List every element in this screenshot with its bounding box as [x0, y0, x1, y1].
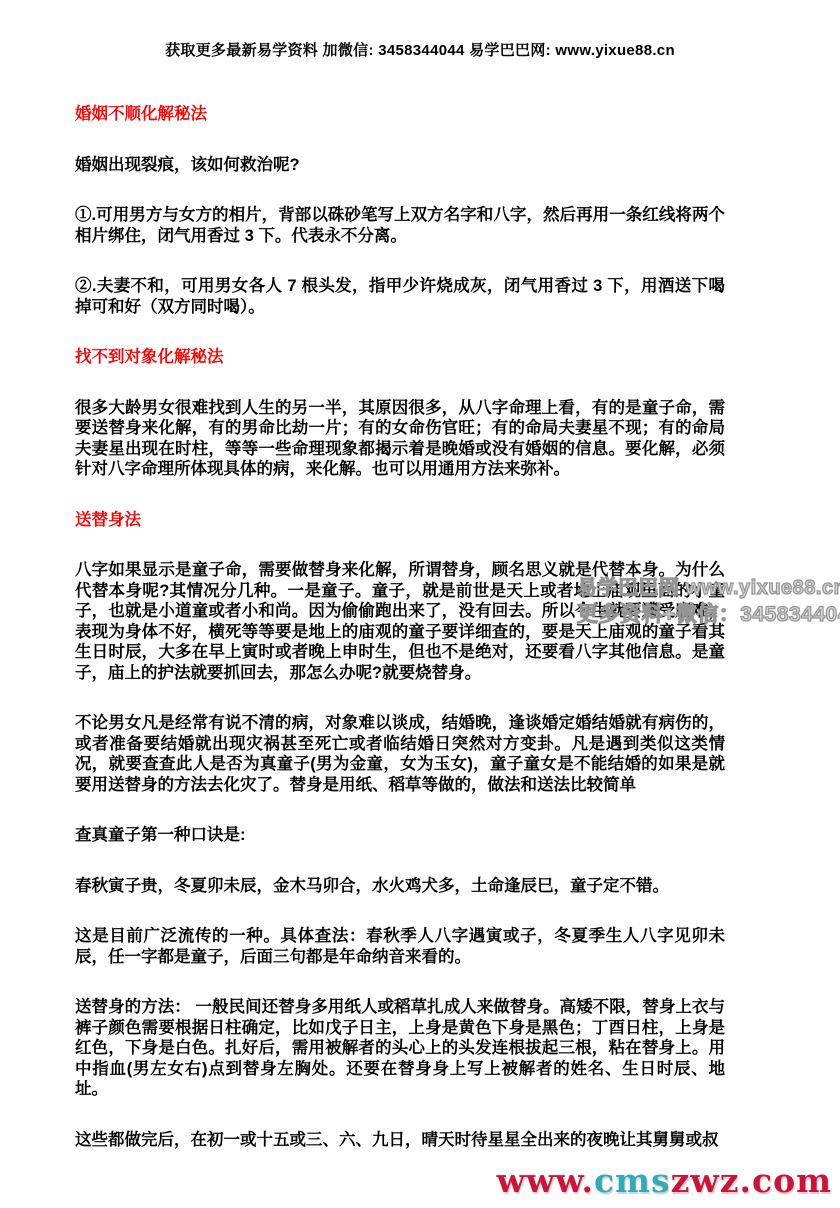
section-heading-no-partner: 找不到对象化解秘法: [75, 347, 725, 368]
paragraph-substitute-steps: 送替身的方法： 一般民间还替身多用纸人或稻草扎成人来做替身。高矮不限，替身上衣与…: [75, 997, 725, 1100]
paragraph-formula-intro: 查真童子第一种口诀是:: [75, 825, 725, 846]
footer-logo-cms: cms: [594, 1161, 671, 1200]
paragraph-formula-usage: 这是目前广泛流传的一种。具体查法：春秋季人八字遇寅或子，冬夏季生人八字见卯未辰，…: [75, 926, 725, 967]
paragraph-formula-verse: 春秋寅子贵，冬夏卯未辰，金木马卯合，水火鸡犬多，土命逢辰巳，童子定不错。: [75, 876, 725, 897]
article-body: 婚姻不顺化解秘法 婚姻出现裂痕，该如何救治呢? ①.可用男方与女方的相片，背部以…: [75, 104, 725, 1180]
paragraph-remedy-1: ①.可用男方与女方的相片，背部以硃砂笔写上双方名字和八字，然后再用一条红线将两个…: [75, 205, 725, 246]
paragraph-tongzi-explanation: 八字如果显示是童子命，需要做替身来化解，所谓替身，顾名思义就是代替本身。为什么代…: [75, 560, 725, 683]
paragraph-remedy-2: ②.夫妻不和，可用男女各人 7 根头发，指甲少许烧成灰，闭气用香过 3 下，用酒…: [75, 276, 725, 317]
header-notice: 获取更多最新易学资料 加微信: 3458344044 易学巴巴网: www.yi…: [0, 39, 840, 60]
footer-site-logo: www.cmszwz.com: [497, 1163, 832, 1199]
footer-logo-www: www.: [497, 1161, 594, 1200]
paragraph-marriage-question: 婚姻出现裂痕，该如何救治呢?: [75, 155, 725, 176]
footer-logo-zwz-com: zwz.com: [671, 1161, 832, 1200]
section-heading-substitute-method: 送替身法: [75, 510, 725, 531]
paragraph-final-steps: 这些都做完后，在初一或十五或三、六、九日，晴天时待星星全出来的夜晚让其舅舅或叔: [75, 1130, 725, 1151]
section-heading-marriage-trouble: 婚姻不顺化解秘法: [75, 104, 725, 125]
paragraph-tongzi-symptoms: 不论男女凡是经常有说不清的病，对象难以谈成，结婚晚，逢谈婚定婚结婚就有病伤的，或…: [75, 713, 725, 795]
paragraph-no-partner-causes: 很多大龄男女很难找到人生的另一半，其原因很多，从八字命理上看，有的是童子命，需要…: [75, 398, 725, 480]
document-page: 获取更多最新易学资料 加微信: 3458344044 易学巴巴网: www.yi…: [0, 0, 840, 1208]
